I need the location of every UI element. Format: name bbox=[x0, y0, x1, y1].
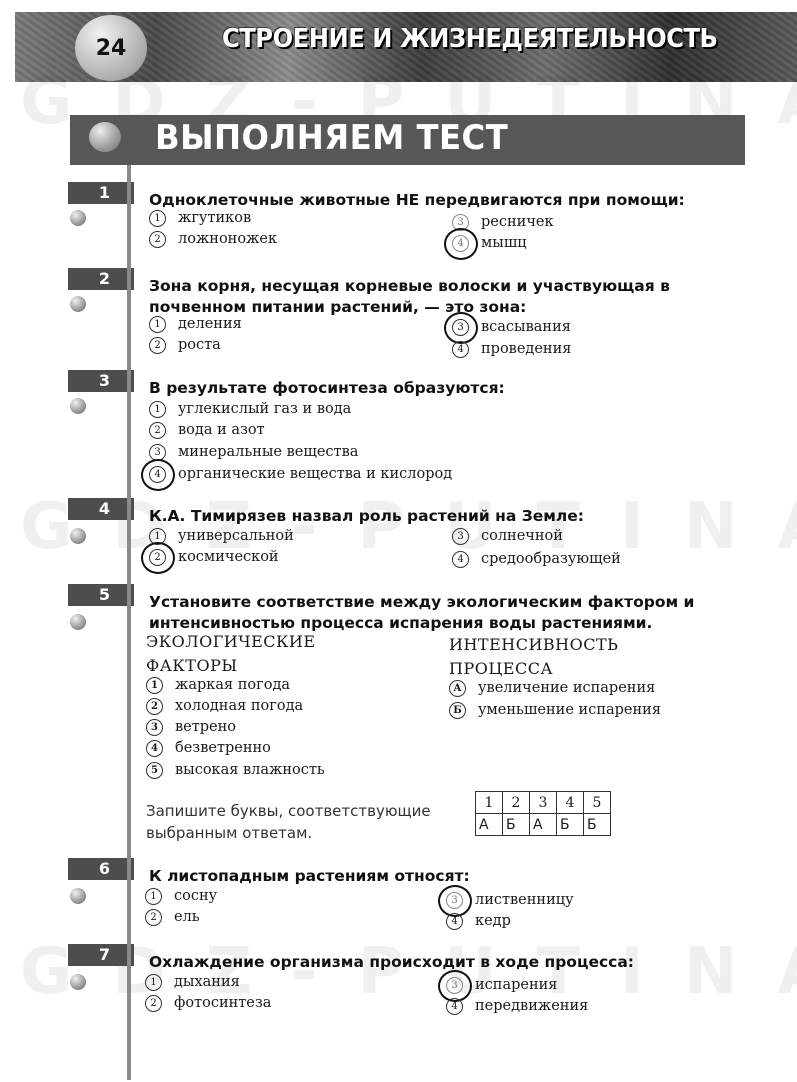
option-label: средообразующей bbox=[481, 549, 621, 570]
option[interactable]: 1сосну bbox=[145, 886, 217, 907]
intensity-label: уменьшение испарения bbox=[478, 700, 661, 721]
answer-table-answer-row: А Б А Б Б bbox=[476, 814, 611, 836]
option[interactable]: 2фотосинтеза bbox=[145, 993, 271, 1014]
instruction-line1: Запишите буквы, соответствующие bbox=[146, 800, 431, 822]
option-number: 4 bbox=[452, 551, 469, 568]
question-number: 4 bbox=[68, 498, 134, 520]
option-label: сосну bbox=[174, 886, 217, 907]
factor-number: 5 bbox=[146, 762, 163, 779]
question-text: В результате фотосинтеза образуются: bbox=[149, 378, 739, 399]
question-number: 6 bbox=[68, 858, 134, 880]
option-selected[interactable]: 3лиственницу bbox=[446, 890, 574, 911]
option-number: 3 bbox=[446, 892, 463, 909]
question-number: 3 bbox=[68, 370, 134, 392]
option[interactable]: 3минеральные вещества bbox=[149, 442, 358, 463]
bullet-ball-icon bbox=[70, 614, 86, 630]
option-number: 4 bbox=[446, 998, 463, 1015]
chapter-title: СТРОЕНИЕ И ЖИЗНЕДЕЯТЕЛЬНОСТЬ bbox=[222, 24, 718, 54]
option[interactable]: 1углекислый газ и вода bbox=[149, 399, 351, 420]
option-label: минеральные вещества bbox=[178, 442, 358, 463]
option-label: углекислый газ и вода bbox=[178, 399, 351, 420]
answer-table: 1 2 3 4 5 А Б А Б Б bbox=[475, 791, 611, 836]
answer-header-cell: 4 bbox=[557, 792, 584, 814]
option-selected[interactable]: 2космической bbox=[149, 547, 279, 568]
factor-label: ветрено bbox=[175, 717, 236, 738]
option-number: 1 bbox=[145, 974, 162, 991]
factors-heading: ЭКОЛОГИЧЕСКИЕ ФАКТОРЫ bbox=[146, 630, 316, 678]
option-selected[interactable]: 3всасывания bbox=[452, 317, 571, 338]
intensity-heading-line1: ИНТЕНСИВНОСТЬ bbox=[449, 633, 618, 657]
question-number: 2 bbox=[68, 268, 134, 290]
intensity-letter: А bbox=[449, 680, 466, 697]
question-number: 7 bbox=[68, 944, 134, 966]
section-title: ВЫПОЛНЯЕМ ТЕСТ bbox=[155, 118, 508, 158]
question-text: Охлаждение организма происходит в ходе п… bbox=[149, 952, 739, 973]
intensity-letter: Б bbox=[449, 702, 466, 719]
question-number: 1 bbox=[68, 182, 134, 204]
factor-item: 3ветрено bbox=[146, 717, 236, 738]
option-number: 4 bbox=[452, 235, 469, 252]
option-number: 1 bbox=[145, 888, 162, 905]
option[interactable]: 1универсальной bbox=[149, 526, 294, 547]
factor-item: 1жаркая погода bbox=[146, 675, 290, 696]
option[interactable]: 4кедр bbox=[446, 911, 511, 932]
question-text: Установите соответствие между экологичес… bbox=[149, 592, 709, 634]
factor-label: безветренно bbox=[175, 738, 271, 759]
option-number: 2 bbox=[149, 337, 166, 354]
factor-item: 4безветренно bbox=[146, 738, 271, 759]
option-number: 3 bbox=[452, 319, 469, 336]
question-text: К листопадным растениям относят: bbox=[149, 866, 739, 887]
bullet-ball-icon bbox=[70, 974, 86, 990]
factor-label: холодная погода bbox=[175, 696, 303, 717]
option-label: кедр bbox=[475, 911, 511, 932]
option-number: 1 bbox=[149, 316, 166, 333]
option[interactable]: 2роста bbox=[149, 335, 221, 356]
option-number: 1 bbox=[149, 210, 166, 227]
option-label: универсальной bbox=[178, 526, 294, 547]
option[interactable]: 1дыхания bbox=[145, 972, 240, 993]
answer-cell[interactable]: А bbox=[476, 814, 503, 836]
answer-header-cell: 1 bbox=[476, 792, 503, 814]
option-label: испарения bbox=[475, 975, 557, 996]
bullet-ball-icon bbox=[70, 210, 86, 226]
bullet-ball-icon bbox=[70, 888, 86, 904]
option-number: 2 bbox=[149, 422, 166, 439]
option-label: органические вещества и кислород bbox=[178, 464, 452, 485]
option-label: вода и азот bbox=[178, 420, 265, 441]
instruction-line2: выбранным ответам. bbox=[146, 822, 431, 844]
bullet-ball-icon bbox=[89, 122, 121, 152]
factor-number: 2 bbox=[146, 698, 163, 715]
option[interactable]: 2ложноножек bbox=[149, 229, 277, 250]
margin-line bbox=[127, 150, 131, 1080]
option-label: роста bbox=[178, 335, 221, 356]
option-selected[interactable]: 4органические вещества и кислород bbox=[149, 464, 452, 485]
option[interactable]: 2ель bbox=[145, 907, 200, 928]
answer-cell[interactable]: Б bbox=[557, 814, 584, 836]
option[interactable]: 1деления bbox=[149, 314, 242, 335]
factor-item: 2холодная погода bbox=[146, 696, 303, 717]
option-selected[interactable]: 3испарения bbox=[446, 975, 557, 996]
factor-number: 4 bbox=[146, 740, 163, 757]
option-label: деления bbox=[178, 314, 242, 335]
option-number: 3 bbox=[446, 977, 463, 994]
option-number: 2 bbox=[145, 909, 162, 926]
page-number: 24 bbox=[96, 36, 127, 61]
option-label: мышц bbox=[481, 233, 527, 254]
option-label: всасывания bbox=[481, 317, 571, 338]
question-text: К.А. Тимирязев назвал роль растений на З… bbox=[149, 506, 739, 527]
question-number: 5 bbox=[68, 584, 134, 606]
factor-item: 5высокая влажность bbox=[146, 760, 325, 781]
answer-header-cell: 5 bbox=[584, 792, 611, 814]
answer-instruction: Запишите буквы, соответствующие выбранны… bbox=[146, 800, 431, 844]
factor-number: 1 bbox=[146, 677, 163, 694]
answer-table-header-row: 1 2 3 4 5 bbox=[476, 792, 611, 814]
intensity-heading: ИНТЕНСИВНОСТЬ ПРОЦЕССА bbox=[449, 633, 618, 681]
option-number: 2 bbox=[145, 995, 162, 1012]
option-label: солнечной bbox=[481, 526, 563, 547]
option-label: ложноножек bbox=[178, 229, 277, 250]
option-number: 4 bbox=[446, 913, 463, 930]
option[interactable]: 1жгутиков bbox=[149, 208, 251, 229]
factors-heading-line1: ЭКОЛОГИЧЕСКИЕ bbox=[146, 630, 316, 654]
option-number: 4 bbox=[452, 341, 469, 358]
option-number: 3 bbox=[452, 528, 469, 545]
option-label: ель bbox=[174, 907, 200, 928]
option[interactable]: 4средообразующей bbox=[452, 549, 621, 570]
answer-cell[interactable]: Б bbox=[584, 814, 611, 836]
option-number: 1 bbox=[149, 401, 166, 418]
intensity-item: Буменьшение испарения bbox=[449, 700, 661, 721]
watermark: GDZ-PUTINA.RU bbox=[20, 490, 797, 564]
question-text: Зона корня, несущая корневые волоски и у… bbox=[149, 276, 689, 318]
option-label: проведения bbox=[481, 339, 571, 360]
factor-label: жаркая погода bbox=[175, 675, 290, 696]
option[interactable]: 4проведения bbox=[452, 339, 571, 360]
option-label: фотосинтеза bbox=[174, 993, 271, 1014]
page-number-badge: 24 bbox=[75, 15, 147, 81]
option-label: ресничек bbox=[481, 212, 554, 233]
option-label: дыхания bbox=[174, 972, 240, 993]
answer-cell[interactable]: Б bbox=[503, 814, 530, 836]
answer-cell[interactable]: А bbox=[530, 814, 557, 836]
bullet-ball-icon bbox=[70, 398, 86, 414]
option[interactable]: 4передвижения bbox=[446, 996, 588, 1017]
intensity-item: Аувеличение испарения bbox=[449, 678, 655, 699]
option[interactable]: 2вода и азот bbox=[149, 420, 265, 441]
answer-header-cell: 3 bbox=[530, 792, 557, 814]
option-label: лиственницу bbox=[475, 890, 574, 911]
option-number: 2 bbox=[149, 231, 166, 248]
option-number: 4 bbox=[149, 466, 166, 483]
bullet-ball-icon bbox=[70, 528, 86, 544]
option-label: жгутиков bbox=[178, 208, 251, 229]
intensity-label: увеличение испарения bbox=[478, 678, 655, 699]
factor-number: 3 bbox=[146, 719, 163, 736]
option-label: передвижения bbox=[475, 996, 588, 1017]
option-number: 2 bbox=[149, 549, 166, 566]
bullet-ball-icon bbox=[70, 296, 86, 312]
option[interactable]: 3солнечной bbox=[452, 526, 563, 547]
answer-header-cell: 2 bbox=[503, 792, 530, 814]
factor-label: высокая влажность bbox=[175, 760, 325, 781]
option-selected[interactable]: 4мышц bbox=[452, 233, 527, 254]
option-label: космической bbox=[178, 547, 279, 568]
